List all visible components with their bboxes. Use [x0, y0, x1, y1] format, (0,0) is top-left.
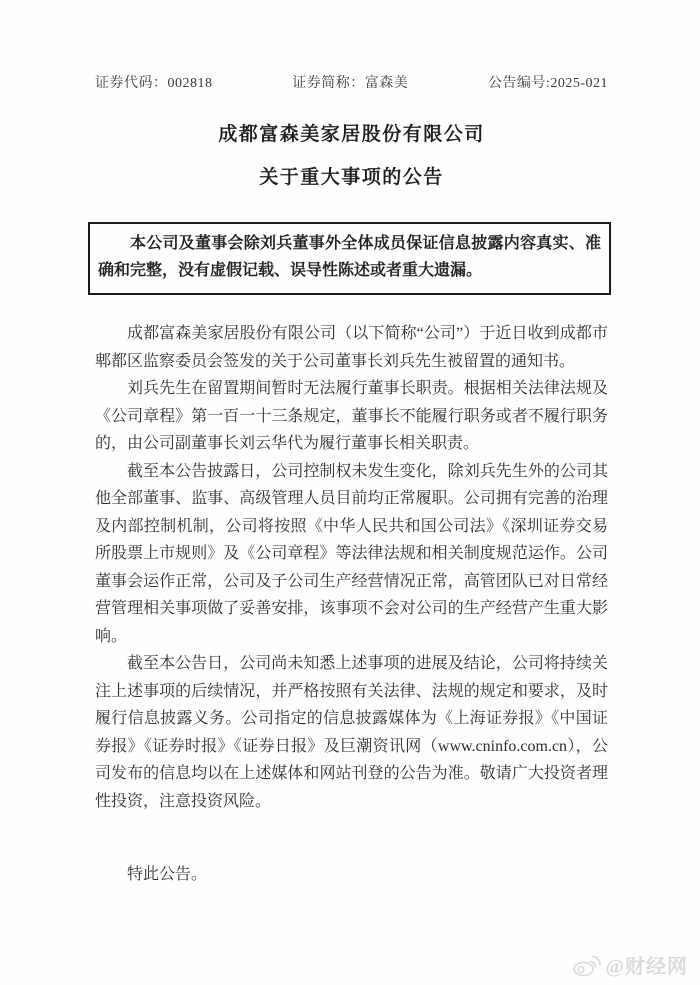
disclosure-statement-box: 本公司及董事会除刘兵董事外全体成员保证信息披露内容真实、准确和完整，没有虚假记载… [88, 222, 611, 295]
weibo-icon [572, 952, 602, 978]
paragraph: 成都富森美家居股份有限公司（以下简称“公司”）于近日收到成都市郫都区监察委员会签… [95, 320, 608, 375]
stock-name: 证券简称：富森美 [292, 72, 408, 92]
paragraph: 截至本公告日，公司尚未知悉上述事项的进展及结论，公司将持续关注上述事项的后续情况… [95, 650, 608, 815]
announcement-subject: 关于重大事项的公告 [95, 162, 608, 189]
stock-code: 证券代码：002818 [95, 72, 213, 92]
company-title: 成都富森美家居股份有限公司 [95, 119, 608, 146]
announcement-number: 公告编号:2025-021 [488, 72, 608, 92]
watermark-text: @财经网 [605, 950, 688, 979]
closing-statement: 特此公告。 [95, 861, 608, 889]
announcement-page: 证券代码：002818 证券简称：富森美 公告编号:2025-021 成都富森美… [0, 0, 700, 985]
announcement-body: 成都富森美家居股份有限公司（以下简称“公司”）于近日收到成都市郫都区监察委员会签… [95, 320, 608, 815]
document-header: 证券代码：002818 证券简称：富森美 公告编号:2025-021 [95, 72, 608, 92]
watermark: @财经网 [572, 950, 688, 979]
announcement-document: 证券代码：002818 证券简称：富森美 公告编号:2025-021 成都富森美… [0, 0, 700, 889]
paragraph: 截至本公告披露日，公司控制权未发生变化，除刘兵先生外的公司其他全部董事、监事、高… [95, 458, 608, 651]
paragraph: 刘兵先生在留置期间暂时无法履行董事长职责。根据相关法律法规及《公司章程》第一百一… [95, 375, 608, 458]
